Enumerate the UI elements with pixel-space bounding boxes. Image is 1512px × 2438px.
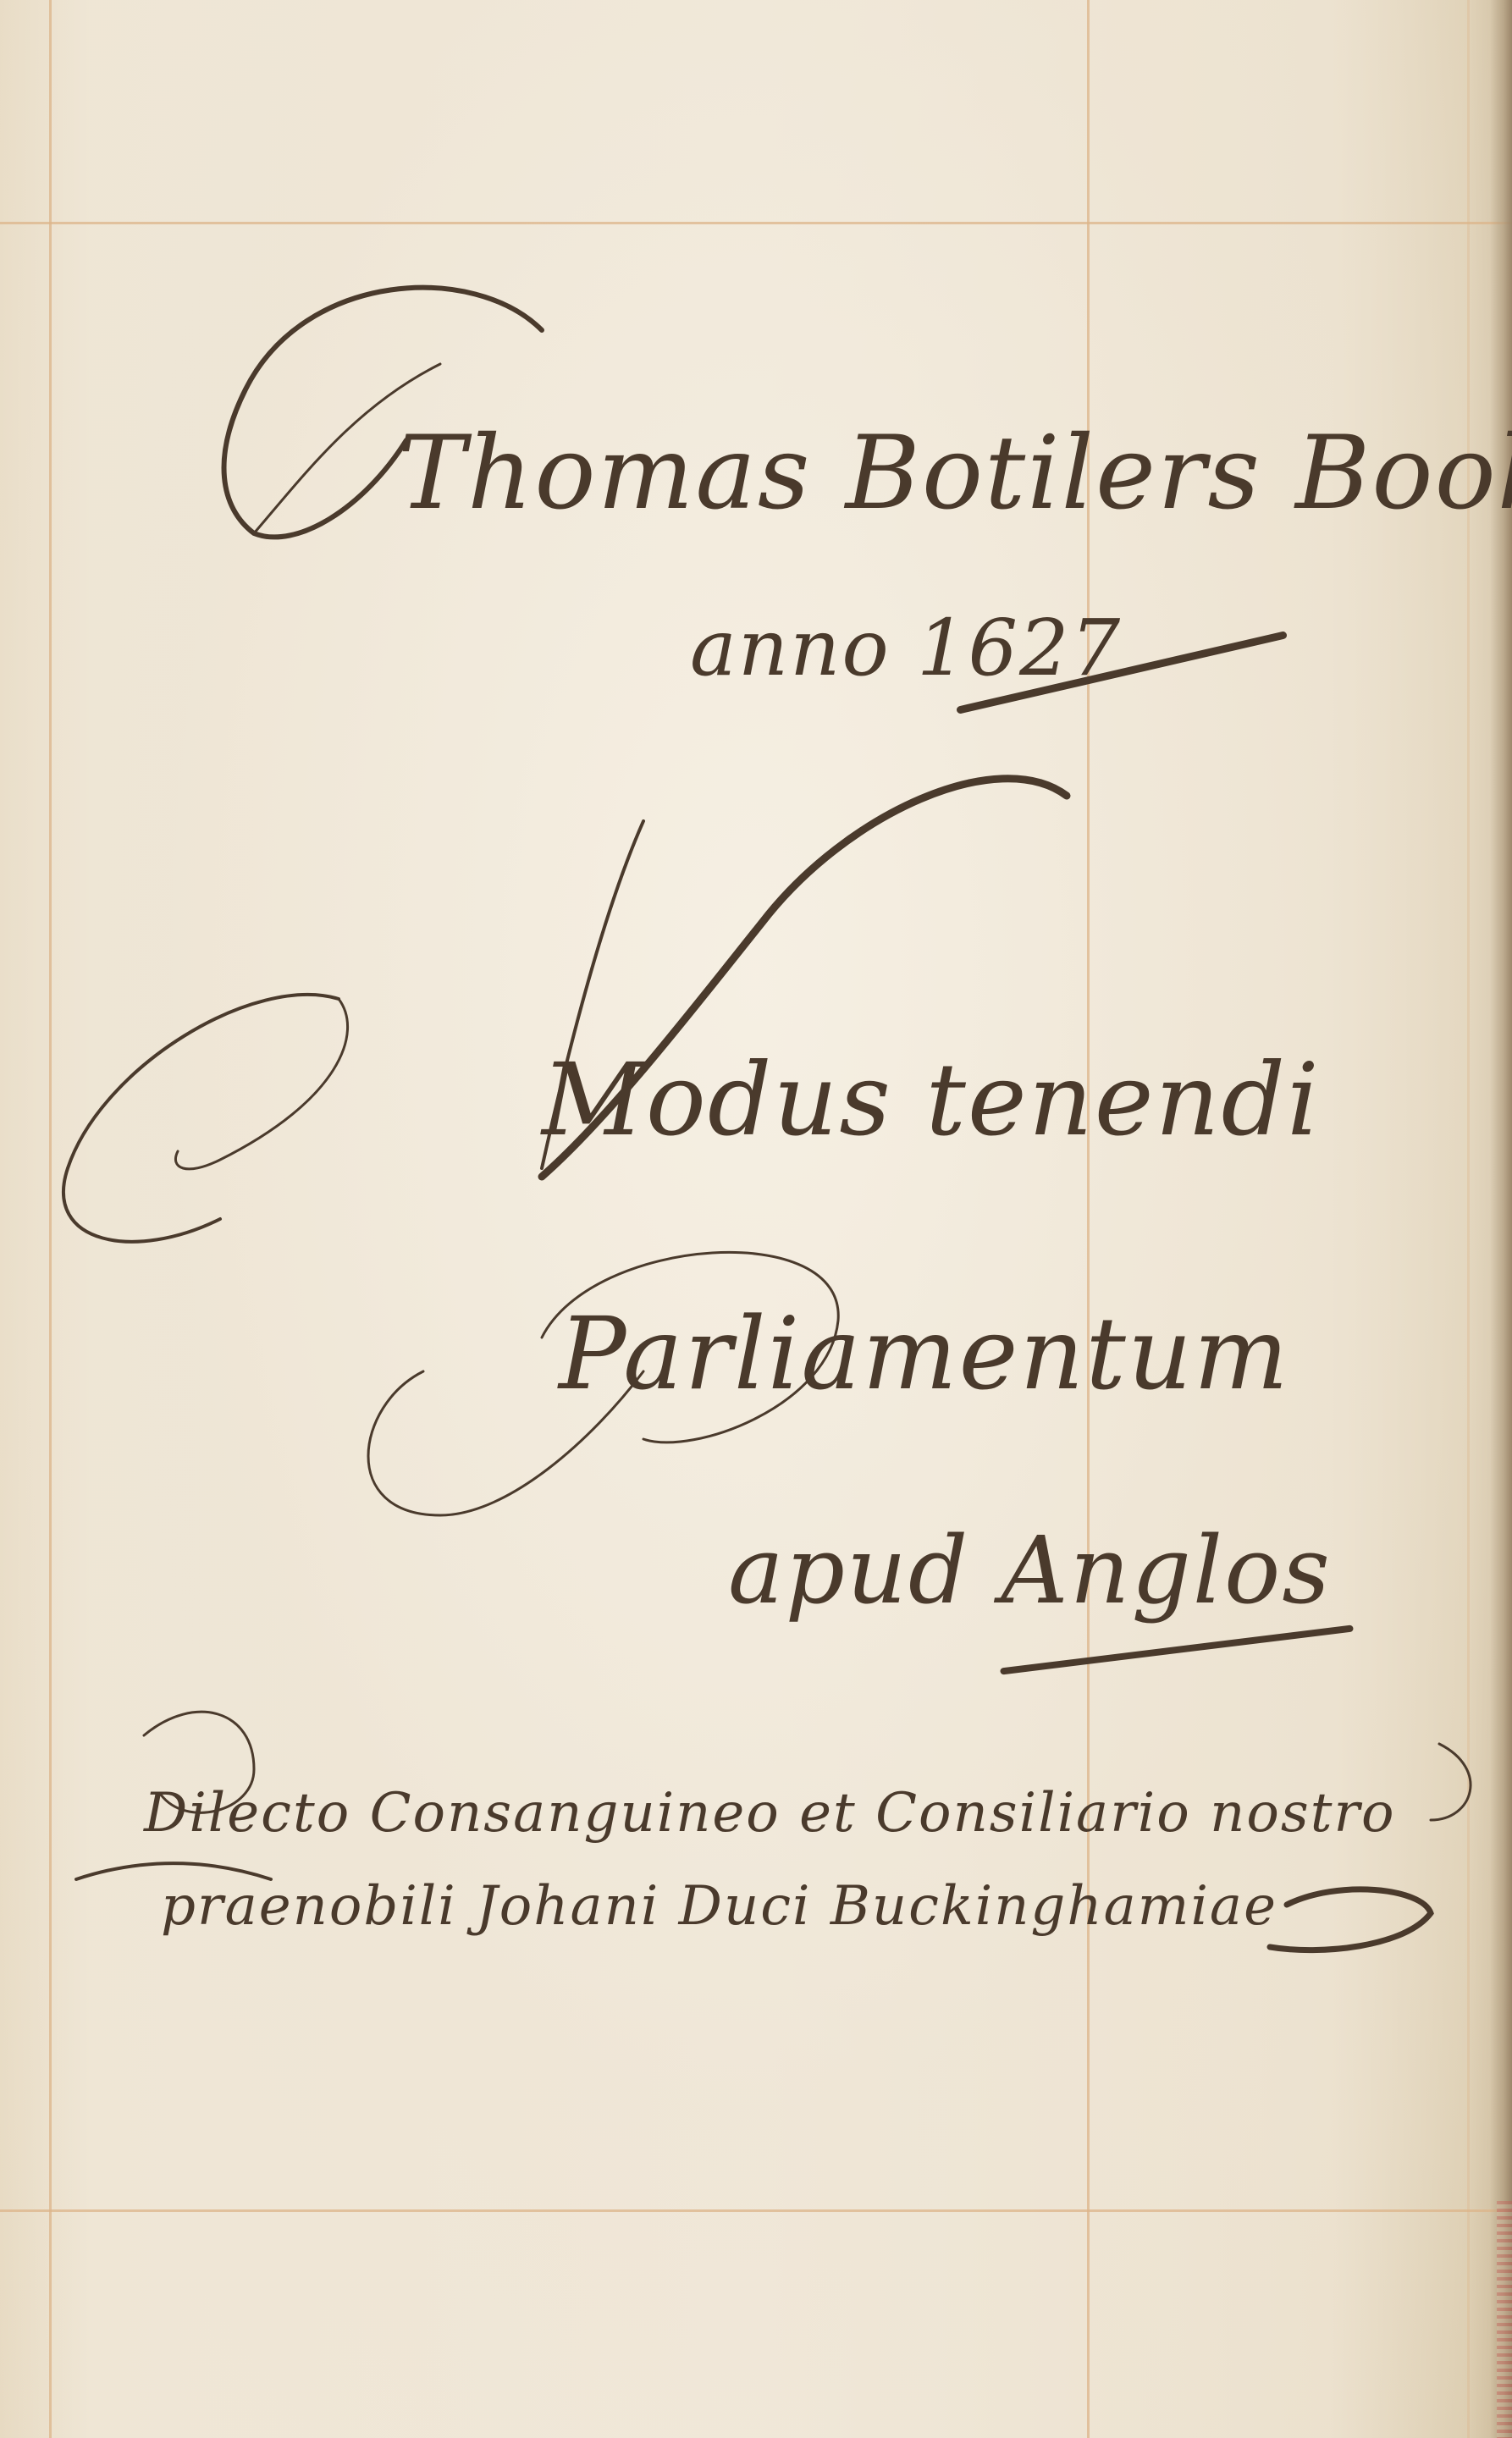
ruled-line-right bbox=[1087, 0, 1090, 2438]
page-edge bbox=[1490, 0, 1512, 2438]
title-line-2: Parliamentum bbox=[559, 1304, 1290, 1404]
year-inscription: anno 1627 bbox=[690, 609, 1122, 687]
dedication-line-2: praenobili Johani Duci Buckinghamiae bbox=[161, 1879, 1277, 1933]
title-underline bbox=[1000, 1624, 1354, 1674]
ruled-line-top bbox=[0, 222, 1512, 224]
ruled-line-left bbox=[49, 0, 52, 2438]
title-line-3: apud Anglos bbox=[728, 1524, 1332, 1617]
ruled-line-outer bbox=[1467, 0, 1470, 2438]
manuscript-page: Thomas Botilers Booke anno 1627 Modus te… bbox=[0, 0, 1512, 2438]
ruled-line-bottom bbox=[0, 2209, 1512, 2212]
owner-inscription: Thomas Botilers Booke bbox=[398, 423, 1512, 525]
title-line-1: Modus tenendi bbox=[542, 1050, 1321, 1150]
calligraphic-flourishes bbox=[0, 0, 1512, 2438]
dedication-line-1: Dilecto Consanguineo et Consiliario nost… bbox=[144, 1786, 1396, 1840]
red-page-edges bbox=[1497, 2201, 1512, 2438]
